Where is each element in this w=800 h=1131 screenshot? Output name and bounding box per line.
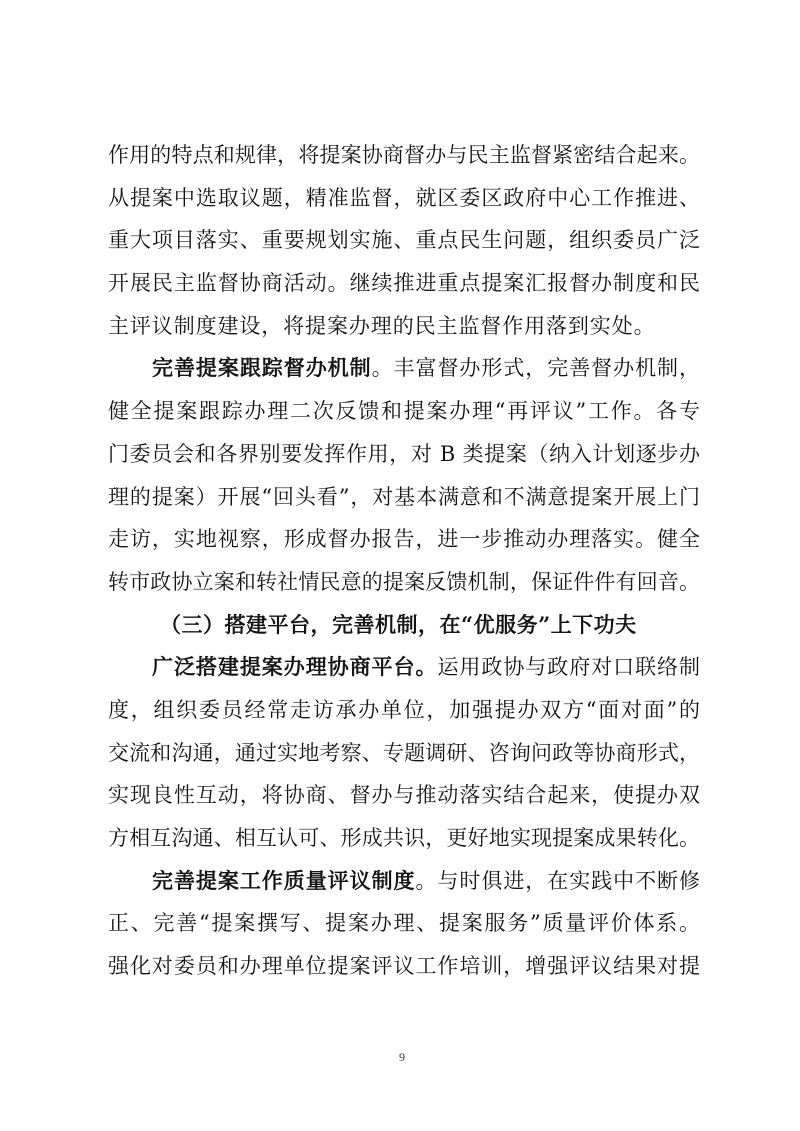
text-line: 走访，实地视察，形成督办报告，进一步推动办理落实。健全	[108, 518, 700, 561]
text-line: 度，组织委员经常走访承办单位，加强提办双方“面对面”的	[108, 689, 700, 732]
paragraph-lead-heading: 广泛搭建提案办理协商平台。	[152, 654, 437, 679]
line-text: 主评议制度建设，将提案办理的民主监督作用落到实处。	[108, 314, 656, 338]
line-text: 走访，实地视察，形成督办报告，进一步推动办理落实。健全	[108, 527, 700, 551]
document-page: 作用的特点和规律，将提案协商督办与民主监督紧密结合起来。 从提案中选取议题，精准…	[0, 0, 800, 1131]
line-text: 健全提案跟踪办理二次反馈和提案办理“再评议”工作。各专	[108, 399, 700, 423]
line-text: 实现良性互动，将协商、督办与推动落实结合起来，使提办双	[108, 783, 700, 807]
text-line: 作用的特点和规律，将提案协商督办与民主监督紧密结合起来。	[108, 134, 700, 177]
paragraph-start-line: 广泛搭建提案办理协商平台。运用政协与政府对口联络制	[108, 646, 700, 689]
paragraph-lead-heading: 完善提案跟踪督办机制	[152, 355, 372, 380]
paragraph-lead-heading: 完善提案工作质量评议制度	[152, 868, 416, 893]
text-line: 重大项目落实、重要规划实施、重点民生问题，组织委员广泛	[108, 219, 700, 262]
text-line: 交流和沟通，通过实地考察、专题调研、咨询问政等协商形式，	[108, 732, 700, 775]
line-text: 度，组织委员经常走访承办单位，加强提办双方“面对面”的	[108, 698, 700, 722]
text-line: 方相互沟通、相互认可、形成共识，更好地实现提案成果转化。	[108, 817, 700, 860]
text-line: 实现良性互动，将协商、督办与推动落实结合起来，使提办双	[108, 774, 700, 817]
line-text: 正、完善“提案撰写、提案办理、提案服务”质量评价体系。	[108, 911, 700, 935]
section-heading-text: （三）搭建平台，完善机制，在“优服务”上下功夫	[160, 612, 637, 637]
text-line: 健全提案跟踪办理二次反馈和提案办理“再评议”工作。各专	[108, 390, 700, 433]
line-text: 作用的特点和规律，将提案协商督办与民主监督紧密结合起来。	[108, 143, 700, 167]
paragraph-start-line: 完善提案工作质量评议制度。与时俱进，在实践中不断修	[108, 860, 700, 903]
line-text: 门委员会和各界别要发挥作用，对 B 类提案（纳入计划逐步办	[108, 442, 700, 466]
line-text: 重大项目落实、重要规划实施、重点民生问题，组织委员广泛	[108, 228, 700, 252]
paragraph-start-line: 完善提案跟踪督办机制。丰富督办形式，完善督办机制，	[108, 347, 700, 390]
page-number: 9	[0, 1047, 800, 1067]
text-line: 从提案中选取议题，精准监督，就区委区政府中心工作推进、	[108, 177, 700, 220]
line-text: 强化对委员和办理单位提案评议工作培训，增强评议结果对提	[108, 954, 700, 978]
text-line: 开展民主监督协商活动。继续推进重点提案汇报督办制度和民	[108, 262, 700, 305]
line-text: 。与时俱进，在实践中不断修	[416, 869, 701, 893]
line-text: 。丰富督办形式，完善督办机制，	[372, 356, 700, 380]
line-text: 开展民主监督协商活动。继续推进重点提案汇报督办制度和民	[108, 271, 700, 295]
line-text: 理的提案）开展“回头看”，对基本满意和不满意提案开展上门	[108, 485, 700, 509]
text-line: 转市政协立案和转社情民意的提案反馈机制，保证件件有回音。	[108, 561, 700, 604]
line-text: 从提案中选取议题，精准监督，就区委区政府中心工作推进、	[108, 186, 700, 210]
line-text: 转市政协立案和转社情民意的提案反馈机制，保证件件有回音。	[108, 570, 700, 594]
line-text: 交流和沟通，通过实地考察、专题调研、咨询问政等协商形式，	[108, 741, 700, 765]
text-line: 主评议制度建设，将提案办理的民主监督作用落到实处。	[108, 305, 700, 348]
body-text: 作用的特点和规律，将提案协商督办与民主监督紧密结合起来。 从提案中选取议题，精准…	[108, 134, 700, 988]
text-line: 强化对委员和办理单位提案评议工作培训，增强评议结果对提	[108, 945, 700, 988]
text-line: 理的提案）开展“回头看”，对基本满意和不满意提案开展上门	[108, 476, 700, 519]
text-line: 正、完善“提案撰写、提案办理、提案服务”质量评价体系。	[108, 902, 700, 945]
line-text: 运用政协与政府对口联络制	[437, 655, 700, 679]
section-heading: （三）搭建平台，完善机制，在“优服务”上下功夫	[108, 604, 700, 647]
text-line: 门委员会和各界别要发挥作用，对 B 类提案（纳入计划逐步办	[108, 433, 700, 476]
line-text: 方相互沟通、相互认可、形成共识，更好地实现提案成果转化。	[108, 826, 700, 850]
